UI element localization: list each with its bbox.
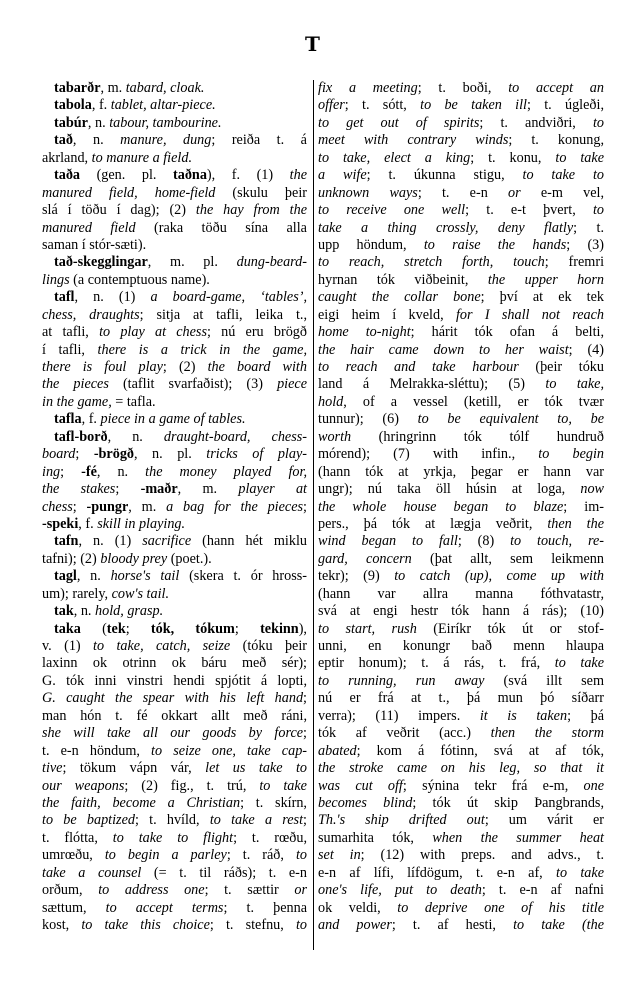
text-line: fix a meeting; t. boði, to accept an [318,80,604,97]
text-line: Th.'s ship drifted out; um várit er [318,812,604,829]
text-line: tive; tökum vápn vár, let us take to [42,760,307,777]
text-line: offer; t. sótt, to be taken ill; t. úgle… [318,97,604,114]
text-line: taða (gen. pl. taðna), f. (1) the [42,167,307,184]
text-line: tunnur); (6) to be equivalent to, be [318,411,604,428]
text-line: pers., þá tók at lægja veðrit, then the [318,516,604,533]
text-line: home to-night; hárit tók ofan á belti, [318,324,604,341]
text-line: caught the collar bone; því at ek tek [318,289,604,306]
text-line: verra); (11) impers. it is taken; þá [318,708,604,725]
text-line: to reach, stretch forth, touch; fremri [318,254,604,271]
text-line: the stakes; -maðr, m. player at [42,481,307,498]
text-line: umrœðu, to begin a parley; t. ráð, to [42,847,307,864]
text-line: e-n af lífi, lífdögum, t. e-n af, to tak… [318,865,604,882]
text-line: manured field, home-field (skulu þeir [42,185,307,202]
text-line: orðum, to address one; t. sættir or [42,882,307,899]
text-line: take a thing crossly, deny flatly; t. [318,220,604,237]
text-line: a wife; t. úkunna stigu, to take to [318,167,604,184]
text-line: to start, rush (Eiríkr tók út or stof- [318,621,604,638]
text-line: chess; -pungr, m. a bag for the pieces; [42,499,307,516]
text-line: to be baptized; t. hvíld, to take a rest… [42,812,307,829]
text-line: tafl, n. (1) a board-game, ‘tables’, [42,289,307,306]
text-line: G. caught the spear with his left hand; [42,690,307,707]
text-line: to running, run away (svá illt sem [318,673,604,690]
text-line: meet with contrary winds; t. konung, [318,132,604,149]
text-line: t. e-n höndum, to seize one, take cap- [42,743,307,760]
text-line: slá í töðu í dag); (2) the hay from the [42,202,307,219]
text-line: unknown ways; t. e-n or e-m vel, [318,185,604,202]
text-line: hold, of a vessel (ketill, er tók tvær [318,394,604,411]
text-line: svá at engi hestr tók hann á rás); (10) [318,603,604,620]
text-line: the whole house began to blaze; im- [318,499,604,516]
text-line: our weapons; (2) fig., t. trú, to take [42,778,307,795]
text-line: to take, elect a king; t. konu, to take [318,150,604,167]
text-line: gard, concern (þat allt, sem leikmenn [318,551,604,568]
page-header-letter: T [0,34,625,54]
text-line: (hann tók at yrkja, þegar er hann var [318,464,604,481]
text-line: to reach and take harbour (þeir tóku [318,359,604,376]
text-line: was cut off; sýnina tekr frá e-m, one [318,778,604,795]
text-line: in the game, = tafla. [42,394,307,411]
text-line: board; -brögð, n. pl. tricks of play- [42,446,307,463]
text-line: tekr); (9) to catch (up), come up with [318,568,604,585]
text-line: abated; kom á fótinn, svá at af tók, [318,743,604,760]
text-line: tafni); (2) bloody prey (poet.). [42,551,307,568]
text-line: ing; -fé, n. the money played for, [42,464,307,481]
text-line: tafla, f. piece in a game of tables. [42,411,307,428]
text-line: eptir honum); t. á rás, t. frá, to take [318,655,604,672]
text-line: to get out of spirits; t. andviðri, to [318,115,604,132]
text-line: kost, to take this choice; t. stefnu, to [42,917,307,934]
text-line: (hann var allra manna fóthvatastr, [318,586,604,603]
text-line: tað, n. manure, dung; reiða t. á [42,132,307,149]
text-line: sættum, to accept terms; t. þenna [42,900,307,917]
text-line: laxinn ok otrinn ok báru með sér); [42,655,307,672]
text-line: tafl-borð, n. draught-board, chess- [42,429,307,446]
text-line: sumarhita tók, when the summer heat [318,830,604,847]
text-line: upp höndum, to raise the hands; (3) [318,237,604,254]
text-line: the pieces (taflit svarfaðist); (3) piec… [42,376,307,393]
text-line: tafn, n. (1) sacrifice (hann hét miklu [42,533,307,550]
text-line: taka (tek; tók, tókum; tekinn), [42,621,307,638]
text-line: unni, en konungr bað menn hlaupa [318,638,604,655]
left-column: tabarðr, m. tabard, cloak.tabola, f. tab… [42,80,307,934]
text-line: ok veldi, to deprive one of his title [318,900,604,917]
text-line: tók af veðrit (acc.) then the storm [318,725,604,742]
text-line: tað-skegglingar, m. pl. dung-beard- [42,254,307,271]
right-column: fix a meeting; t. boði, to accept anoffe… [318,80,604,934]
text-line: the hair came down to her waist; (4) [318,342,604,359]
text-line: tabúr, n. tabour, tambourine. [42,115,307,132]
column-divider [313,80,314,950]
text-line: becomes blind; tók út skip Þangbrands, [318,795,604,812]
text-line: chess, draughts; sitja at tafli, leika t… [42,307,307,324]
text-line: one's life, put to death; t. e-n af nafn… [318,882,604,899]
text-line: at tafli, to play at chess; nú eru brögð [42,324,307,341]
text-line: tagl, n. horse's tail (skera t. ór hross… [42,568,307,585]
text-line: set in; (12) with preps. and advs., t. [318,847,604,864]
text-line: -speki, f. skill in playing. [42,516,307,533]
text-line: tabola, f. tablet, altar-piece. [42,97,307,114]
text-line: í tafli, there is a trick in the game, [42,342,307,359]
text-line: ungr); nú taka öll húsin at loga, now [318,481,604,498]
text-line: hyrnan tók viðbeinit, the upper horn [318,272,604,289]
text-line: wind began to fall; (8) to touch, re- [318,533,604,550]
text-line: the stroke came on his leg, so that it [318,760,604,777]
text-line: and power; t. af hesti, to take (the [318,917,604,934]
text-line: um); rarely, cow's tail. [42,586,307,603]
text-line: manured field (raka töðu sína alla [42,220,307,237]
text-line: eigi heim í kveld, for I shall not reach [318,307,604,324]
text-line: she will take all our goods by force; [42,725,307,742]
text-line: v. (1) to take, catch, seize (tóku þeir [42,638,307,655]
text-line: worth (hringrinn tók tólf hundruð [318,429,604,446]
text-line: the faith, become a Christian; t. skírn, [42,795,307,812]
text-line: tak, n. hold, grasp. [42,603,307,620]
text-line: tabarðr, m. tabard, cloak. [42,80,307,97]
text-line: t. flótta, to take to flight; t. rœðu, [42,830,307,847]
text-line: there is foul play; (2) the board with [42,359,307,376]
text-line: saman í stór-sæti). [42,237,307,254]
text-line: mórend); (7) with infin., to begin [318,446,604,463]
text-line: akrland, to manure a field. [42,150,307,167]
text-line: take a counsel (= t. til ráðs); t. e-n [42,865,307,882]
text-line: land á Melrakka-sléttu); (5) to take, [318,376,604,393]
text-line: man hón t. fé okkart allt með ráni, [42,708,307,725]
text-line: G. tók inni vinstri hendi spjótit á lopt… [42,673,307,690]
text-line: lings (a contemptuous name). [42,272,307,289]
text-line: to receive one well; t. e-t þvert, to [318,202,604,219]
text-line: nú er frá at t., þá mun þó síðarr [318,690,604,707]
